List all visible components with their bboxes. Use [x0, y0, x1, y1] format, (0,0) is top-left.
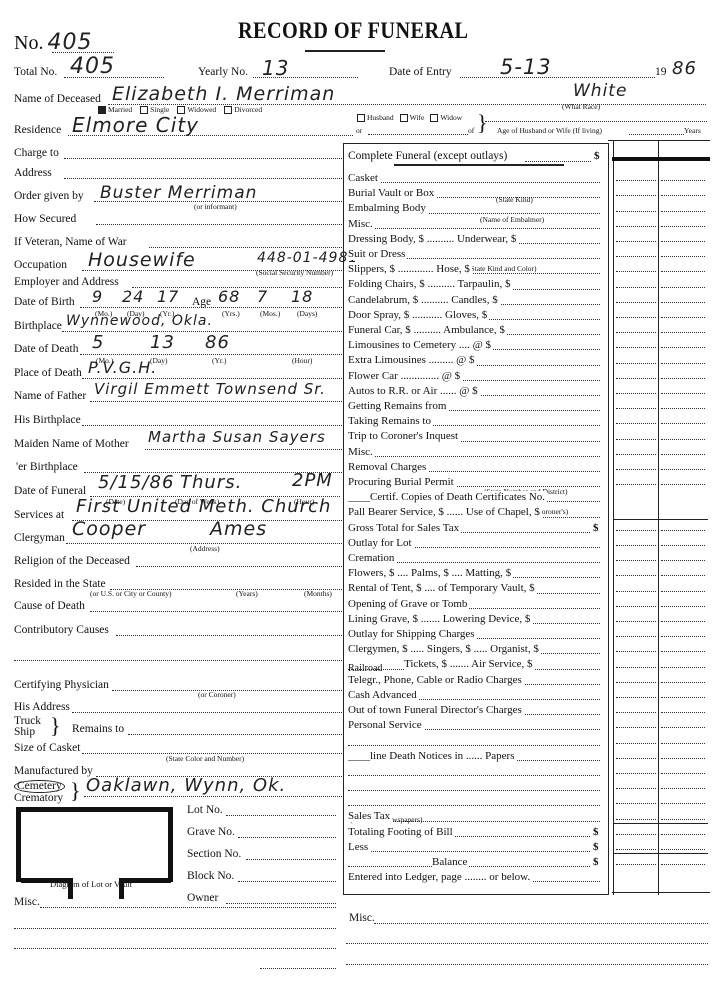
- amount-cents-line: [661, 697, 705, 698]
- death-month-field[interactable]: 5: [92, 332, 104, 353]
- amount-cents-line: [661, 393, 705, 394]
- amount-cell[interactable]: [614, 657, 710, 672]
- amount-cell[interactable]: [614, 566, 710, 581]
- charge-row: ____line Death Notices in ...... Papers: [348, 749, 603, 764]
- amount-dollars-line: [616, 682, 656, 683]
- year-field[interactable]: 86: [672, 58, 697, 79]
- amount-cents-line: [661, 621, 705, 622]
- charge-row: Totaling Footing of Bill$: [348, 825, 603, 840]
- amount-cell[interactable]: [614, 612, 710, 627]
- record-number-label: No.: [14, 32, 43, 54]
- contributory-label: Contributory Causes: [14, 624, 109, 637]
- amount-cents-line: [661, 849, 705, 850]
- amount-dollars-line: [616, 271, 656, 272]
- amount-cents-line: [661, 606, 705, 607]
- amount-cents-line: [661, 727, 705, 728]
- charge-row-label: Embalming Body: [348, 202, 428, 214]
- charge-row-label: Out of town Funeral Director's Charges: [348, 704, 524, 716]
- amount-cents-line: [661, 256, 705, 257]
- checkbox-icon[interactable]: [224, 106, 232, 114]
- amount-cell[interactable]: [614, 232, 710, 247]
- amount-cell[interactable]: [614, 855, 710, 870]
- block-no-field[interactable]: [238, 881, 336, 882]
- remains-to-label: Remains to: [72, 723, 124, 736]
- amount-cents-line: [661, 758, 705, 759]
- his-address-field[interactable]: [72, 712, 344, 713]
- amount-cell[interactable]: [614, 353, 710, 368]
- cause-of-death-label: Cause of Death: [14, 600, 85, 613]
- amount-cell[interactable]: [614, 445, 710, 460]
- dollar-icon: $: [593, 841, 599, 853]
- charge-row-label: Flowers, $ .... Palms, $ .... Matting, $: [348, 567, 513, 579]
- order-given-by-field[interactable]: Buster Merriman: [100, 183, 257, 203]
- amount-cell[interactable]: [614, 764, 710, 779]
- amount-dollars-line: [616, 211, 656, 212]
- lot-no-field[interactable]: [226, 815, 336, 816]
- amount-dollars-line: [616, 849, 656, 850]
- amount-cell[interactable]: [614, 505, 710, 520]
- amount-dollars-line: [616, 697, 656, 698]
- checkbox-icon[interactable]: [430, 114, 438, 122]
- amount-cell[interactable]: [614, 703, 710, 718]
- brace-icon: }: [477, 112, 488, 134]
- amount-cell[interactable]: [614, 323, 710, 338]
- charge-row-line[interactable]: [348, 456, 600, 457]
- amount-dollars-line: [616, 439, 656, 440]
- amount-dollars-line: [616, 408, 656, 409]
- amount-cents-line: [661, 195, 705, 196]
- charge-to-field[interactable]: [64, 158, 344, 159]
- charge-row-label: Cash Advanced: [348, 689, 419, 701]
- charge-row: Suit or Dress: [348, 247, 603, 262]
- amount-dollars-line: [616, 484, 656, 485]
- charge-row-line[interactable]: [348, 805, 600, 806]
- amount-cents-line: [661, 819, 705, 820]
- charge-row-label: Suit or Dress: [348, 248, 407, 260]
- amount-cell[interactable]: [614, 399, 710, 414]
- residence-field[interactable]: Elmore City: [72, 113, 199, 137]
- misc-left-field-4[interactable]: [260, 968, 336, 969]
- amount-cents-line: [661, 180, 705, 181]
- total-no-field[interactable]: 405: [70, 54, 115, 79]
- death-year-field[interactable]: 86: [205, 332, 230, 353]
- caption-address: (Address): [190, 545, 220, 553]
- dollar-icon: $: [593, 826, 599, 838]
- contributory-field-2[interactable]: [14, 660, 344, 661]
- amount-cents-line: [661, 743, 705, 744]
- how-secured-label: How Secured: [14, 213, 76, 226]
- caption-coroner: (or Coroner): [198, 691, 236, 699]
- charge-row-label: Telegr., Phone, Cable or Radio Charges: [348, 674, 524, 686]
- charge-row-label: Slippers, $ ............. Hose, $: [348, 263, 472, 275]
- charge-row-label: Misc.: [348, 218, 375, 230]
- religion-label: Religion of the Deceased: [14, 555, 130, 568]
- amount-dollars-line: [616, 226, 656, 227]
- amount-cell[interactable]: [614, 673, 710, 688]
- his-address-label: His Address: [14, 701, 70, 714]
- charge-row: Folding Chairs, $ .......... Tarpaulin, …: [348, 277, 603, 292]
- amount-cents-line: [661, 317, 705, 318]
- amount-cell[interactable]: [614, 490, 710, 505]
- amount-cell[interactable]: [614, 642, 710, 657]
- amount-cell[interactable]: [614, 809, 710, 824]
- charge-row: Extra Limousines ......... @ $: [348, 353, 603, 368]
- charge-row: Less$: [348, 840, 603, 855]
- caption-casket: (State Color and Number): [166, 755, 244, 763]
- amount-cell[interactable]: [614, 414, 710, 429]
- grave-no-label: Grave No.: [187, 826, 235, 839]
- amount-cell[interactable]: [614, 277, 710, 292]
- amount-cell[interactable]: [614, 475, 710, 490]
- charge-row-label: Rental of Tent, $ .... of Temporary Vaul…: [348, 582, 537, 594]
- charge-row: Burial Vault or Box: [348, 186, 603, 201]
- brace-icon: }: [70, 778, 81, 804]
- charge-row: Embalming Body: [348, 201, 603, 216]
- charge-row-label: Less: [348, 841, 370, 853]
- amount-cents-line: [661, 423, 705, 424]
- misc-right-field-3[interactable]: [346, 964, 708, 965]
- remains-to-field[interactable]: [128, 734, 344, 735]
- father-label: Name of Father: [14, 390, 86, 403]
- charge-row-label: Extra Limousines ......... @ $: [348, 354, 477, 366]
- misc-left-field-2[interactable]: [14, 928, 336, 929]
- amount-dollars-line: [616, 195, 656, 196]
- charge-row-label: Clergymen, $ ..... Singers, $ ..... Orga…: [348, 643, 541, 655]
- amount-dollars-line: [616, 530, 656, 531]
- page-title: RECORD OF FUNERAL: [238, 18, 469, 44]
- funeral-hour-field[interactable]: 2PM: [292, 470, 333, 491]
- checkbox-icon[interactable]: [400, 114, 408, 122]
- amount-dollars-line: [616, 454, 656, 455]
- place-line: [82, 378, 344, 379]
- amount-dollars-line: [616, 773, 656, 774]
- years-label: Years: [684, 127, 701, 135]
- section-no-field[interactable]: [246, 859, 336, 860]
- amount-dollars-line: [616, 317, 656, 318]
- cause-of-death-field[interactable]: [90, 611, 344, 612]
- how-secured-field[interactable]: [96, 224, 344, 225]
- amount-cents-line: [661, 682, 705, 683]
- amount-cell[interactable]: [614, 597, 710, 612]
- charge-row: Flower Car .............. @ $: [348, 369, 603, 384]
- title-underline: [305, 50, 385, 52]
- charge-row: Clergymen, $ ..... Singers, $ ..... Orga…: [348, 642, 603, 657]
- mother-line: [145, 449, 344, 450]
- caption-days: (Days): [297, 310, 317, 318]
- charge-row: Funeral Car, $ .......... Ambulance, $: [348, 323, 603, 338]
- amount-cell[interactable]: [614, 217, 710, 232]
- occupation-field[interactable]: Housewife: [88, 249, 196, 271]
- veteran-label: If Veteran, Name of War: [14, 236, 127, 249]
- misc-right-field[interactable]: [374, 923, 708, 924]
- mother-label: Maiden Name of Mother: [14, 438, 129, 451]
- funeral-date-field[interactable]: 5/15/86: [98, 472, 174, 493]
- casket-size-label: Size of Casket: [14, 742, 80, 755]
- charge-to-label: Charge to: [14, 147, 59, 160]
- charge-row: Misc.: [348, 445, 603, 460]
- age-months-field[interactable]: 7: [257, 287, 268, 306]
- birth-month-field[interactable]: 9: [92, 287, 103, 306]
- amount-cents-line: [661, 575, 705, 576]
- charge-row: Personal Service: [348, 718, 603, 733]
- amount-dollars-line: [616, 743, 656, 744]
- amount-cell[interactable]: [614, 171, 710, 186]
- spouse-option-widow[interactable]: Widow: [430, 114, 462, 122]
- charge-row: Gross Total for Sales Tax$: [348, 521, 603, 536]
- amount-cents-line: [661, 545, 705, 546]
- charge-row-line[interactable]: [348, 228, 600, 229]
- amount-cell[interactable]: [614, 338, 710, 353]
- amount-cell[interactable]: [614, 262, 710, 277]
- charge-row: Opening of Grave or Tomb: [348, 597, 603, 612]
- owner-field[interactable]: [226, 903, 336, 904]
- amount-cell[interactable]: [614, 186, 710, 201]
- dollar-icon: $: [594, 150, 600, 162]
- amount-dollars-line: [616, 560, 656, 561]
- misc-left-field[interactable]: [40, 907, 336, 908]
- charge-row-label: Casket: [348, 172, 380, 184]
- columns-heavy-rule: [612, 157, 710, 161]
- amount-cell[interactable]: [614, 581, 710, 596]
- amount-dollars-line: [616, 545, 656, 546]
- amount-cell[interactable]: [614, 384, 710, 399]
- amount-cents-line: [661, 241, 705, 242]
- clergyman-address-field[interactable]: Ames: [210, 518, 267, 540]
- age-spouse-caption: Age of Husband or Wife (If living): [497, 127, 602, 135]
- clergyman-field[interactable]: Cooper: [72, 518, 146, 540]
- age-days-field[interactable]: 18: [291, 287, 313, 306]
- amount-cell[interactable]: [614, 201, 710, 216]
- charge-row-label: Burial Vault or Box: [348, 187, 436, 199]
- spouse-option-husband[interactable]: Husband: [357, 114, 394, 122]
- dotline: [525, 161, 591, 162]
- amount-dollars-line: [616, 347, 656, 348]
- brace-icon: }: [50, 713, 61, 739]
- death-day-field[interactable]: 13: [150, 332, 175, 353]
- charge-row: Out of town Funeral Director's Charges: [348, 703, 603, 718]
- place-of-death-label: Place of Death: [14, 367, 82, 380]
- amount-dollars-line: [616, 819, 656, 820]
- charge-row-label: Taking Remains to: [348, 415, 433, 427]
- date-of-entry-field[interactable]: 5-13: [500, 55, 552, 79]
- charge-row-label: Autos to R.R. or Air ...... @ $: [348, 385, 480, 397]
- veteran-field[interactable]: [149, 247, 344, 248]
- charge-row: Taking Remains to: [348, 414, 603, 429]
- dob-line: [80, 307, 344, 308]
- charge-row: Removal Charges: [348, 460, 603, 475]
- amount-cell[interactable]: [614, 247, 710, 262]
- crematory-option[interactable]: Crematory: [14, 793, 65, 804]
- amount-cents-line: [661, 712, 705, 713]
- grave-no-field[interactable]: [238, 837, 336, 838]
- clergyman-label: Clergyman: [14, 532, 65, 545]
- manufactured-label: Manufactured by: [14, 765, 93, 778]
- amount-cell[interactable]: [614, 293, 710, 308]
- charge-row: Outlay for Lot: [348, 536, 603, 551]
- amount-dollars-line: [616, 393, 656, 394]
- amount-cents-line: [661, 408, 705, 409]
- checkbox-icon[interactable]: [357, 114, 365, 122]
- amount-cents-line: [661, 332, 705, 333]
- amount-cents-line: [661, 211, 705, 212]
- charge-row: Casket: [348, 171, 603, 186]
- charge-row-line[interactable]: [348, 790, 600, 791]
- age-label: Age: [192, 296, 211, 309]
- charge-row: Flowers, $ .... Palms, $ .... Matting, $: [348, 566, 603, 581]
- amount-cell[interactable]: [614, 521, 710, 536]
- subtotal-rule: [614, 853, 708, 854]
- cemetery-field[interactable]: Oaklawn, Wynn, Ok.: [86, 775, 286, 796]
- mother-field[interactable]: Martha Susan Sayers: [148, 428, 326, 446]
- yearly-no-label: Yearly No.: [198, 66, 248, 79]
- amount-dollars-line: [616, 180, 656, 181]
- amount-cents-line: [661, 347, 705, 348]
- marital-option-divorced[interactable]: Divorced: [224, 106, 262, 114]
- contributory-field[interactable]: [116, 635, 344, 636]
- charge-row-line[interactable]: [348, 851, 590, 852]
- ssn-caption: (Social Security Number): [256, 269, 333, 277]
- amount-cents-line: [661, 530, 705, 531]
- date-of-birth-label: Date of Birth: [14, 296, 75, 309]
- charge-row-label: Sales Tax: [348, 810, 392, 822]
- charge-row: [348, 794, 603, 809]
- race-field[interactable]: White: [573, 81, 627, 101]
- services-at-label: Services at: [14, 509, 64, 522]
- spouse-or-line: [368, 134, 468, 135]
- amount-dollars-line: [616, 834, 656, 835]
- charge-row-label: Pall Bearer Service, $ ...... Use of Cha…: [348, 506, 542, 518]
- charge-row-label: Candelabrum, $ .......... Candles, $: [348, 294, 500, 306]
- age-years-field[interactable]: 68: [218, 287, 240, 306]
- charge-row-label: Dressing Body, $ .......... Underwear, $: [348, 233, 518, 245]
- amount-cents-line: [661, 636, 705, 637]
- spouse-of: of: [468, 127, 474, 135]
- amount-cell[interactable]: [614, 794, 710, 809]
- amount-cell[interactable]: [614, 369, 710, 384]
- charge-row-label: Funeral Car, $ .......... Ambulance, $: [348, 324, 507, 336]
- place-of-death-field[interactable]: P.V.G.H.: [88, 358, 157, 377]
- dollar-icon: $: [593, 522, 599, 534]
- amount-cents-line: [661, 378, 705, 379]
- charge-row: Autos to R.R. or Air ...... @ $: [348, 384, 603, 399]
- misc-left-field-3[interactable]: [14, 948, 336, 949]
- address-field[interactable]: [64, 178, 344, 179]
- charge-row-label: Outlay for Lot: [348, 537, 414, 549]
- amount-cell[interactable]: [614, 870, 710, 885]
- amount-dollars-line: [616, 727, 656, 728]
- charge-row-line[interactable]: [348, 775, 600, 776]
- amount-cell[interactable]: [614, 627, 710, 642]
- name-of-deceased-field[interactable]: Elizabeth I. Merriman: [112, 83, 335, 105]
- ship-label: Ship: [14, 727, 41, 738]
- amount-dollars-line: [616, 606, 656, 607]
- father-line: [90, 401, 344, 402]
- caption-embalmer: (Name of Embalmer): [480, 216, 544, 224]
- amount-cell[interactable]: [614, 460, 710, 475]
- charge-row-line[interactable]: [348, 182, 600, 183]
- charge-row: Sales Tax: [348, 809, 603, 824]
- amount-cell[interactable]: [614, 733, 710, 748]
- charge-row-label: Folding Chairs, $ .......... Tarpaulin, …: [348, 278, 513, 290]
- amount-cell[interactable]: [614, 840, 710, 855]
- spouse-line: [485, 121, 707, 122]
- amount-dollars-line: [616, 363, 656, 364]
- amount-cents-line: [661, 439, 705, 440]
- amount-cell[interactable]: [614, 749, 710, 764]
- amount-dollars-line: [616, 378, 656, 379]
- birthplace-field[interactable]: Wynnewood, Okla.: [66, 313, 213, 329]
- caption-resided: (or U.S. or City or County): [90, 590, 171, 598]
- dollar-icon: $: [593, 856, 599, 868]
- columns-bottom-border: [612, 892, 710, 893]
- spouse-option-wife[interactable]: Wife: [400, 114, 425, 122]
- services-at-field[interactable]: First United Meth. Church: [76, 496, 331, 517]
- father-field[interactable]: Virgil Emmett Townsend Sr.: [94, 380, 326, 398]
- charge-row: Rental of Tent, $ .... of Temporary Vaul…: [348, 581, 603, 596]
- amount-dollars-line: [616, 803, 656, 804]
- amount-cell[interactable]: [614, 429, 710, 444]
- charge-row-label: Opening of Grave or Tomb: [348, 598, 469, 610]
- caption-death-hour: (Hour): [292, 357, 312, 365]
- amount-cell[interactable]: [614, 536, 710, 551]
- lot-no-label: Lot No.: [187, 804, 223, 817]
- columns-top-border: [608, 140, 710, 141]
- birth-day-field[interactable]: 24: [122, 287, 144, 306]
- amount-cents-line: [661, 454, 705, 455]
- amount-cents-line: [661, 287, 705, 288]
- charge-row-label: Procuring Burial Permit: [348, 476, 456, 488]
- charge-row-label: Cremation: [348, 552, 396, 564]
- section-no-label: Section No.: [187, 848, 241, 861]
- amount-dollars-line: [616, 667, 656, 668]
- amount-cents-line: [661, 484, 705, 485]
- occupation-label: Occupation: [14, 259, 67, 272]
- amount-cents-line: [661, 773, 705, 774]
- charge-row-label: Door Spray, $ ........... Gloves, $: [348, 309, 489, 321]
- his-birthplace-field[interactable]: [82, 425, 344, 426]
- misc-right-field-2[interactable]: [346, 943, 708, 944]
- charge-row: Cremation: [348, 551, 603, 566]
- block-no-label: Block No.: [187, 870, 234, 883]
- birth-year-field[interactable]: 17: [157, 287, 179, 306]
- caption-kind-color: (State Kind and Color): [468, 265, 537, 273]
- cemetery-line: [84, 796, 344, 797]
- charge-row-label: Gross Total for Sales Tax: [348, 522, 461, 534]
- funeral-day-field[interactable]: Thurs.: [180, 472, 242, 493]
- age-spouse-line: [629, 134, 684, 135]
- charge-row-label: Lining Grave, $ ....... Lowering Device,…: [348, 613, 532, 625]
- charge-row: Entered into Ledger, page ........ or be…: [348, 870, 603, 885]
- amount-cell[interactable]: [614, 825, 710, 840]
- religion-field[interactable]: [136, 566, 344, 567]
- amount-cell[interactable]: [614, 688, 710, 703]
- amount-cents-line: [661, 803, 705, 804]
- charge-row-line[interactable]: [348, 745, 600, 746]
- amount-cell[interactable]: [614, 308, 710, 323]
- charge-row: Outlay for Shipping Charges: [348, 627, 603, 642]
- amount-dollars-line: [616, 621, 656, 622]
- charge-row-label: Personal Service: [348, 719, 424, 731]
- amount-dollars-line: [616, 256, 656, 257]
- record-number-line: [52, 52, 114, 53]
- yearly-no-field[interactable]: 13: [262, 56, 289, 80]
- charge-row-label: Trip to Coroner's Inquest: [348, 430, 460, 442]
- amount-cell[interactable]: [614, 718, 710, 733]
- charge-row-label: ____Certif. Copies of Death Certificates…: [348, 491, 547, 503]
- amount-cell[interactable]: [614, 551, 710, 566]
- amount-cell[interactable]: [614, 779, 710, 794]
- amount-dollars-line: [616, 423, 656, 424]
